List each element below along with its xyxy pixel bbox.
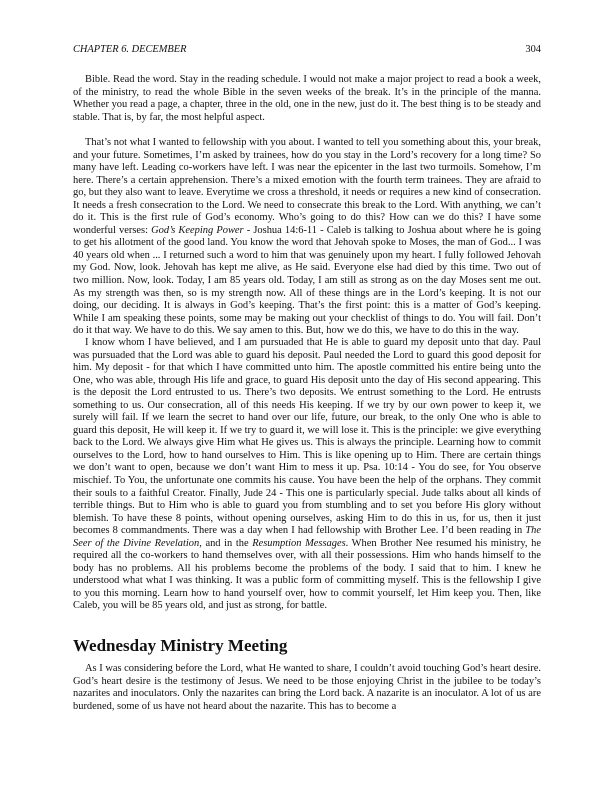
page-number: 304: [525, 43, 541, 57]
running-header: CHAPTER 6. DECEMBER 304: [73, 43, 541, 57]
emphasis-resumption-messages: Resumption Messages: [252, 538, 345, 549]
paragraph-gods-keeping: That’s not what I wanted to fellowship w…: [73, 137, 541, 338]
paragraph-ministry-meeting: As I was considering before the Lord, wh…: [73, 663, 541, 713]
paragraph-deposit: I know whom I have believed, and I am pu…: [73, 337, 541, 613]
document-page: CHAPTER 6. DECEMBER 304 Bible. Read the …: [73, 43, 541, 57]
emphasis-gods-keeping-power: God’s Keeping Power: [151, 225, 243, 236]
section-heading: Wednesday Ministry Meeting: [73, 636, 287, 656]
chapter-title: CHAPTER 6. DECEMBER: [73, 43, 186, 57]
paragraph-bible-reading: Bible. Read the word. Stay in the readin…: [73, 74, 541, 124]
